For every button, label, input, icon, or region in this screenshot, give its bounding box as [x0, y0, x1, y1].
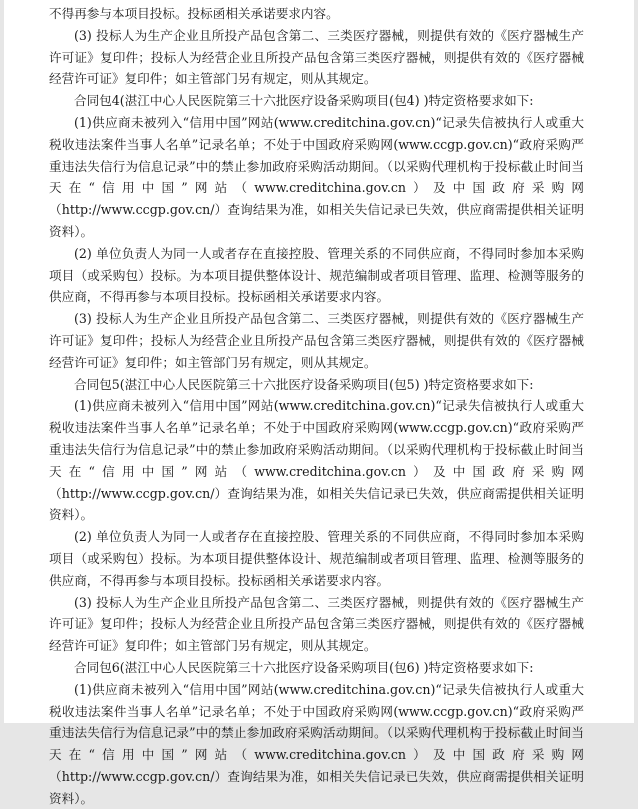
- heading-pkg4: 合同包4(湛江中心人民医院第三十六批医疗设备采购项目(包4) )特定资格要求如下…: [49, 90, 584, 112]
- document-body: 不得再参与本项目投标。投标函相关承诺要求内容。 (3) 投标人为生产企业且所投产…: [49, 3, 584, 723]
- paragraph-pkg5-item2: (2) 单位负责人为同一人或者存在直接控股、管理关系的不同供应商，不得同时参加本…: [49, 526, 584, 591]
- paragraph-continuation: 不得再参与本项目投标。投标函相关承诺要求内容。: [49, 3, 584, 25]
- document-page: 不得再参与本项目投标。投标函相关承诺要求内容。 (3) 投标人为生产企业且所投产…: [4, 0, 634, 723]
- paragraph-pkg3-item3: (3) 投标人为生产企业且所投产品包含第二、三类医疗器械，则提供有效的《医疗器械…: [49, 25, 584, 90]
- heading-pkg5: 合同包5(湛江中心人民医院第三十六批医疗设备采购项目(包5) )特定资格要求如下…: [49, 374, 584, 396]
- paragraph-pkg4-item3: (3) 投标人为生产企业且所投产品包含第二、三类医疗器械，则提供有效的《医疗器械…: [49, 308, 584, 373]
- paragraph-pkg4-item2: (2) 单位负责人为同一人或者存在直接控股、管理关系的不同供应商，不得同时参加本…: [49, 243, 584, 308]
- heading-pkg6: 合同包6(湛江中心人民医院第三十六批医疗设备采购项目(包6) )特定资格要求如下…: [49, 657, 584, 679]
- paragraph-pkg5-item3: (3) 投标人为生产企业且所投产品包含第二、三类医疗器械，则提供有效的《医疗器械…: [49, 592, 584, 657]
- paragraph-pkg5-item1: (1)供应商未被列入“信用中国”网站(www.creditchina.gov.c…: [49, 395, 584, 526]
- paragraph-pkg4-item1: (1)供应商未被列入“信用中国”网站(www.creditchina.gov.c…: [49, 112, 584, 243]
- paragraph-pkg6-item1: (1)供应商未被列入“信用中国”网站(www.creditchina.gov.c…: [49, 679, 584, 723]
